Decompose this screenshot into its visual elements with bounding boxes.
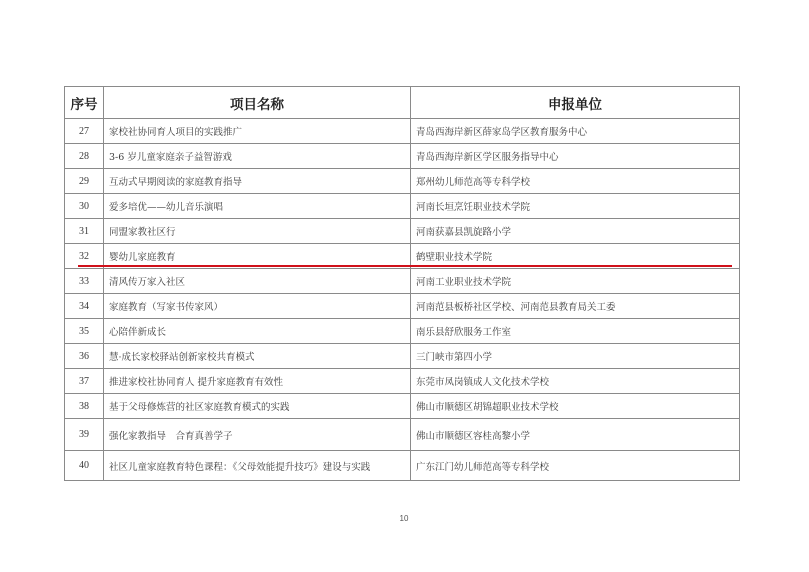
row-number: 34 (65, 294, 104, 319)
project-name: 慧·成长家校驿站创新家校共育模式 (104, 344, 411, 369)
row-number: 27 (65, 119, 104, 144)
row-number: 37 (65, 369, 104, 394)
row-number: 35 (65, 319, 104, 344)
project-name: 清风传万家入社区 (104, 269, 411, 294)
applicant-unit: 东莞市凤岗镇成人文化技术学校 (411, 369, 740, 394)
applicant-unit: 河南范县板桥社区学校、河南范县教育局关工委 (411, 294, 740, 319)
table-row: 31 同盟家教社区行 河南获嘉县凯旋路小学 (65, 219, 740, 244)
document-page: 序号 项目名称 申报单位 27 家校社协同育人项目的实践推广 青岛西海岸新区薛家… (0, 0, 809, 572)
project-name: 推进家校社协同育人 提升家庭教育有效性 (104, 369, 411, 394)
table-row: 37 推进家校社协同育人 提升家庭教育有效性 东莞市凤岗镇成人文化技术学校 (65, 369, 740, 394)
project-name: 互动式早期阅读的家庭教育指导 (104, 169, 411, 194)
table-row: 30 爱多培优——幼儿音乐演唱 河南长垣烹饪职业技术学院 (65, 194, 740, 219)
row-number: 29 (65, 169, 104, 194)
header-serial-number: 序号 (65, 87, 104, 119)
project-name: 家校社协同育人项目的实践推广 (104, 119, 411, 144)
row-number: 38 (65, 394, 104, 419)
applicant-unit: 三门峡市第四小学 (411, 344, 740, 369)
applicant-unit: 郑州幼儿师范高等专科学校 (411, 169, 740, 194)
applicant-unit: 河南获嘉县凯旋路小学 (411, 219, 740, 244)
applicant-unit: 青岛西海岸新区学区服务指导中心 (411, 144, 740, 169)
project-name: 社区儿童家庭教育特色课程：《父母效能提升技巧》建设与实践 (104, 451, 411, 481)
applicant-unit: 河南工业职业技术学院 (411, 269, 740, 294)
project-name: 3-6 岁儿童家庭亲子益智游戏 (104, 144, 411, 169)
table-row: 38 基于父母修炼营的社区家庭教育模式的实践 佛山市顺德区胡锦超职业技术学校 (65, 394, 740, 419)
applicant-unit: 广东江门幼儿师范高等专科学校 (411, 451, 740, 481)
row-number: 30 (65, 194, 104, 219)
applicant-unit: 佛山市顺德区胡锦超职业技术学校 (411, 394, 740, 419)
table-row: 34 家庭教育（写家书传家风） 河南范县板桥社区学校、河南范县教育局关工委 (65, 294, 740, 319)
applicant-unit: 佛山市顺德区容桂高黎小学 (411, 419, 740, 451)
row-number: 31 (65, 219, 104, 244)
project-name: 爱多培优——幼儿音乐演唱 (104, 194, 411, 219)
table-row: 27 家校社协同育人项目的实践推广 青岛西海岸新区薛家岛学区教育服务中心 (65, 119, 740, 144)
project-name: 同盟家教社区行 (104, 219, 411, 244)
header-project-name: 项目名称 (104, 87, 411, 119)
table-row: 33 清风传万家入社区 河南工业职业技术学院 (65, 269, 740, 294)
applicant-unit: 青岛西海岸新区薛家岛学区教育服务中心 (411, 119, 740, 144)
red-underline-annotation (78, 265, 732, 267)
project-name: 基于父母修炼营的社区家庭教育模式的实践 (104, 394, 411, 419)
table-row: 35 心陪伴新成长 南乐县舒欣服务工作室 (65, 319, 740, 344)
table-row: 39 强化家教指导 合育真善学子 佛山市顺德区容桂高黎小学 (65, 419, 740, 451)
row-number: 40 (65, 451, 104, 481)
table-row: 36 慧·成长家校驿站创新家校共育模式 三门峡市第四小学 (65, 344, 740, 369)
project-table: 序号 项目名称 申报单位 27 家校社协同育人项目的实践推广 青岛西海岸新区薛家… (64, 86, 740, 481)
row-number: 39 (65, 419, 104, 451)
row-number: 36 (65, 344, 104, 369)
table-row: 40 社区儿童家庭教育特色课程：《父母效能提升技巧》建设与实践 广东江门幼儿师范… (65, 451, 740, 481)
row-number: 33 (65, 269, 104, 294)
applicant-unit: 南乐县舒欣服务工作室 (411, 319, 740, 344)
project-name: 强化家教指导 合育真善学子 (104, 419, 411, 451)
project-name: 心陪伴新成长 (104, 319, 411, 344)
row-number: 28 (65, 144, 104, 169)
header-applicant-unit: 申报单位 (411, 87, 740, 119)
table-row: 28 3-6 岁儿童家庭亲子益智游戏 青岛西海岸新区学区服务指导中心 (65, 144, 740, 169)
table-header-row: 序号 项目名称 申报单位 (65, 87, 740, 119)
table-row: 29 互动式早期阅读的家庭教育指导 郑州幼儿师范高等专科学校 (65, 169, 740, 194)
applicant-unit: 河南长垣烹饪职业技术学院 (411, 194, 740, 219)
page-number: 10 (394, 514, 414, 523)
project-name: 家庭教育（写家书传家风） (104, 294, 411, 319)
